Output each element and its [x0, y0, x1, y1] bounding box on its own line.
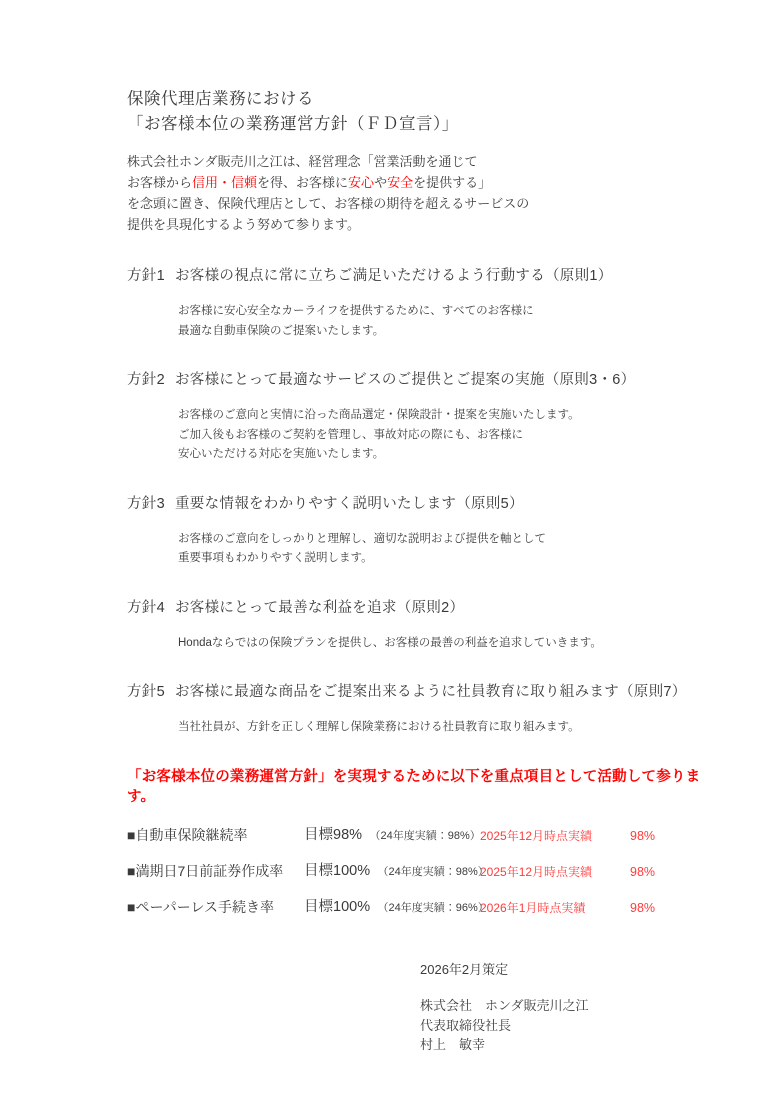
document-title-line1: 保険代理店業務における: [127, 87, 720, 112]
intro-text-highlight: 信用・信頼: [192, 175, 257, 190]
kpi-row: ■満期日7日前証券作成率 目標100% （24年度実績：98%） 2025年12…: [127, 861, 720, 881]
intro-text: や: [374, 175, 387, 190]
policy-body-line: 最適な自動車保険のご提案いたします。: [178, 322, 720, 342]
policy-title: 重要な情報をわかりやすく説明いたします（原則5）: [175, 494, 720, 514]
intro-text: 提供を具現化するよう努めて参ります。: [127, 217, 360, 232]
intro-text: を念頭に置き、保険代理店として、お客様の期待を超えるサービスの: [127, 196, 529, 211]
kpi-target-group: 目標100% （24年度実績：96%）: [304, 897, 489, 918]
policy-body-line: お客様のご意向をしっかりと理解し、適切な説明および提供を軸として: [178, 530, 720, 550]
policy-heading: 方針1 お客様の視点に常に立ちご満足いただけるよう行動する（原則1）: [127, 266, 720, 286]
kpi-target: 目標98%: [304, 827, 362, 843]
policy-body-line: お客様に安心安全なカーライフを提供するために、すべてのお客様に: [178, 302, 720, 322]
fd-declaration-document: 保険代理店業務における 「お客様本位の業務運営方針（ＦＤ宣言）」 株式会社ホンダ…: [0, 0, 780, 1106]
policy-number: 方針2: [127, 370, 175, 390]
policy-section: 方針2 お客様にとって最適なサービスのご提供とご提案の実施（原則3・6） お客様…: [127, 370, 720, 465]
policy-section: 方針4 お客様にとって最善な利益を追求（原則2） Hondaならではの保険プラン…: [127, 598, 720, 654]
representative-role: 代表取締役社長: [420, 1016, 720, 1036]
policy-section: 方針1 お客様の視点に常に立ちご満足いただけるよう行動する（原則1） お客様に安…: [127, 266, 720, 341]
intro-paragraph: 株式会社ホンダ販売川之江は、経営理念「営業活動を通じてお客様から信用・信頼を得、…: [127, 151, 720, 235]
intro-line: お客様から信用・信頼を得、お客様に安心や安全を提供する」: [127, 172, 720, 193]
policy-section: 方針3 重要な情報をわかりやすく説明いたします（原則5） お客様のご意向をしっか…: [127, 494, 720, 569]
priority-heading: 「お客様本位の業務運営方針」を実現するために以下を重点項目として活動して参ります…: [127, 767, 720, 807]
policy-title: お客様にとって最善な利益を追求（原則2）: [175, 598, 720, 618]
policy-body: 当社社員が、方針を正しく理解し保険業務における社員教育に取り組みます。: [178, 718, 720, 738]
kpi-label: ■満期日7日前証券作成率: [127, 861, 283, 881]
kpi-previous-result-note: （24年度実績：98%）: [378, 866, 489, 878]
footer-block: 2026年2月策定 株式会社 ホンダ販売川之江 代表取締役社長 村上 敏幸: [420, 960, 720, 1055]
intro-text: お客様から: [127, 175, 192, 190]
company-name: 株式会社 ホンダ販売川之江: [420, 996, 720, 1016]
policy-number: 方針5: [127, 682, 175, 702]
policy-body: お客様のご意向と実情に沿った商品選定・保険設計・提案を実施いたします。ご加入後も…: [178, 406, 720, 465]
policy-body: Hondaならではの保険プランを提供し、お客様の最善の利益を追求していきます。: [178, 634, 720, 654]
intro-text-highlight: 安心: [348, 175, 374, 190]
kpi-previous-result-note: （24年度実績：96%）: [378, 902, 489, 914]
kpi-target: 目標100%: [304, 899, 370, 915]
kpi-label: ■ペーパーレス手続き率: [127, 897, 274, 917]
document-title: 保険代理店業務における 「お客様本位の業務運営方針（ＦＤ宣言）」: [127, 87, 720, 137]
kpi-result-label: 2026年1月時点実績: [480, 899, 585, 917]
kpi-list: ■自動車保険継続率 目標98% （24年度実績：98%） 2025年12月時点実…: [127, 825, 720, 917]
policy-heading: 方針5 お客様に最適な商品をご提案出来るように社員教育に取り組みます（原則7）: [127, 682, 720, 702]
kpi-target-group: 目標98% （24年度実績：98%）: [304, 825, 481, 846]
policy-title: お客様の視点に常に立ちご満足いただけるよう行動する（原則1）: [175, 266, 720, 286]
representative-name: 村上 敏幸: [420, 1035, 720, 1055]
kpi-result-label: 2025年12月時点実績: [480, 863, 592, 881]
kpi-target-group: 目標100% （24年度実績：98%）: [304, 861, 489, 882]
intro-text: 株式会社ホンダ販売川之江は、経営理念「営業活動を通じて: [127, 154, 477, 169]
kpi-row: ■自動車保険継続率 目標98% （24年度実績：98%） 2025年12月時点実…: [127, 825, 720, 845]
kpi-target: 目標100%: [304, 863, 370, 879]
kpi-previous-result-note: （24年度実績：98%）: [369, 830, 480, 842]
kpi-result-value: 98%: [630, 827, 655, 845]
policy-body-line: 安心いただける対応を実施いたします。: [178, 445, 720, 465]
policy-number: 方針3: [127, 494, 175, 514]
intro-text: を提供する」: [413, 175, 491, 190]
kpi-row: ■ペーパーレス手続き率 目標100% （24年度実績：96%） 2026年1月時…: [127, 897, 720, 917]
policy-body-line: 重要事項もわかりやすく説明します。: [178, 549, 720, 569]
policy-number: 方針1: [127, 266, 175, 286]
policy-number: 方針4: [127, 598, 175, 618]
document-title-line2: 「お客様本位の業務運営方針（ＦＤ宣言）」: [127, 112, 720, 137]
intro-line: を念頭に置き、保険代理店として、お客様の期待を超えるサービスの: [127, 193, 720, 214]
kpi-result-value: 98%: [630, 863, 655, 881]
policy-body: お客様のご意向をしっかりと理解し、適切な説明および提供を軸として重要事項もわかり…: [178, 530, 720, 569]
intro-text-highlight: 安全: [387, 175, 413, 190]
intro-line: 提供を具現化するよう努めて参ります。: [127, 214, 720, 235]
policy-heading: 方針2 お客様にとって最適なサービスのご提供とご提案の実施（原則3・6）: [127, 370, 720, 390]
enactment-date: 2026年2月策定: [420, 960, 720, 980]
policy-body: お客様に安心安全なカーライフを提供するために、すべてのお客様に最適な自動車保険の…: [178, 302, 720, 341]
intro-line: 株式会社ホンダ販売川之江は、経営理念「営業活動を通じて: [127, 151, 720, 172]
policy-title: お客様にとって最適なサービスのご提供とご提案の実施（原則3・6）: [175, 370, 720, 390]
policy-body-line: お客様のご意向と実情に沿った商品選定・保険設計・提案を実施いたします。: [178, 406, 720, 426]
policy-heading: 方針4 お客様にとって最善な利益を追求（原則2）: [127, 598, 720, 618]
policy-body-line: ご加入後もお客様のご契約を管理し、事故対応の際にも、お客様に: [178, 426, 720, 446]
kpi-result-label: 2025年12月時点実績: [480, 827, 592, 845]
policy-list: 方針1 お客様の視点に常に立ちご満足いただけるよう行動する（原則1） お客様に安…: [127, 266, 720, 738]
policy-heading: 方針3 重要な情報をわかりやすく説明いたします（原則5）: [127, 494, 720, 514]
policy-body-line: Hondaならではの保険プランを提供し、お客様の最善の利益を追求していきます。: [178, 634, 720, 654]
kpi-label: ■自動車保険継続率: [127, 825, 247, 845]
kpi-result-value: 98%: [630, 899, 655, 917]
policy-section: 方針5 お客様に最適な商品をご提案出来るように社員教育に取り組みます（原則7） …: [127, 682, 720, 738]
intro-text: を得、お客様に: [257, 175, 348, 190]
policy-body-line: 当社社員が、方針を正しく理解し保険業務における社員教育に取り組みます。: [178, 718, 720, 738]
policy-title: お客様に最適な商品をご提案出来るように社員教育に取り組みます（原則7）: [175, 682, 720, 702]
